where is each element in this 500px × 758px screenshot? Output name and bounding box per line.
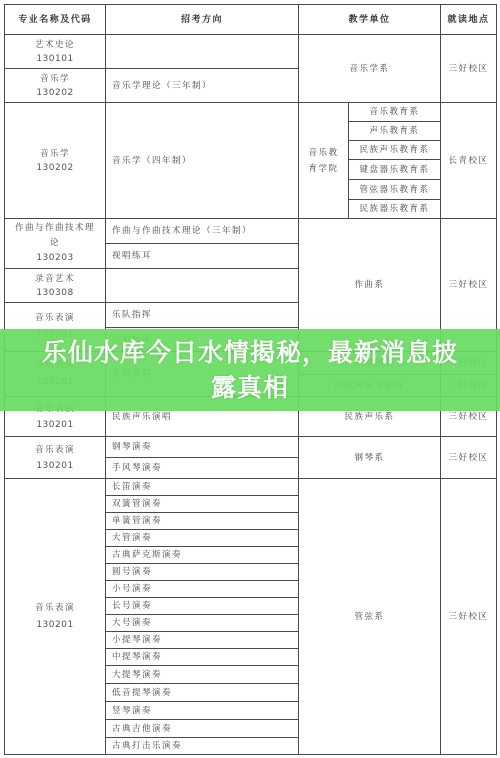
major-code: 130202 — [36, 86, 73, 100]
major-name: 音乐表演 — [35, 310, 75, 327]
direction-cell: 圆号演奏 — [105, 563, 299, 581]
major-cell: 音乐表演130201 — [4, 436, 106, 479]
direction-cell: 手风琴演奏 — [105, 457, 299, 479]
sub-unit-cell: 民族声乐教育系 — [348, 140, 441, 160]
major-cell: 音乐学130202 — [4, 68, 106, 103]
direction-cell: 古典打击乐演奏 — [105, 737, 299, 755]
major-name: 音乐表演 — [35, 600, 75, 617]
sub-unit-cell: 音乐教育系 — [348, 102, 441, 122]
header-campus: 就读地点 — [440, 4, 497, 35]
major-cell: 录音艺术130308 — [4, 268, 106, 303]
direction-cell: 钢琴演奏 — [105, 436, 299, 458]
direction-cell — [105, 268, 299, 303]
sub-unit-cell: 键盘器乐教育系 — [348, 159, 441, 180]
direction-cell: 乐队指挥 — [105, 302, 299, 328]
major-code: 130308 — [36, 286, 73, 300]
unit-cell: 音乐教育学院 — [298, 102, 349, 219]
direction-cell — [105, 34, 299, 69]
major-code: 130201 — [36, 458, 73, 474]
major-code: 130201 — [36, 617, 73, 634]
direction-cell: 长号演奏 — [105, 597, 299, 615]
major-code: 130201 — [36, 417, 73, 433]
direction-cell: 双簧管演奏 — [105, 495, 299, 513]
direction-cell: 中提琴演奏 — [105, 648, 299, 666]
direction-cell: 竖琴演奏 — [105, 701, 299, 720]
major-cell: 作曲与作曲技术理论130203 — [4, 218, 106, 269]
major-cell: 音乐学130202 — [4, 102, 106, 219]
major-name: 作曲与作曲技术理论 — [15, 221, 95, 251]
unit-cell: 管弦系 — [298, 478, 441, 755]
campus-cell: 长青校区 — [440, 102, 497, 219]
major-code: 130101 — [36, 52, 73, 66]
direction-cell: 小号演奏 — [105, 580, 299, 598]
direction-cell: 作曲与作曲技术理论（三年制） — [105, 218, 299, 244]
direction-cell: 低音提琴演奏 — [105, 683, 299, 702]
campus-cell: 三好校区 — [440, 34, 497, 103]
headline-banner: 乐仙水库今日水情揭秘，最新消息披露真相 — [0, 329, 500, 411]
direction-cell: 音乐学理论（三年制） — [105, 68, 299, 103]
direction-cell: 大管演奏 — [105, 529, 299, 547]
direction-cell: 单簧管演奏 — [105, 512, 299, 530]
direction-cell: 古典吉他演奏 — [105, 719, 299, 738]
major-name: 录音艺术 — [35, 272, 75, 286]
major-name: 艺术史论 — [35, 38, 75, 52]
direction-cell: 大号演奏 — [105, 614, 299, 632]
major-code: 130202 — [36, 161, 73, 175]
direction-cell: 古典萨克斯演奏 — [105, 546, 299, 564]
direction-cell: 视唱练耳 — [105, 243, 299, 269]
direction-cell: 大提琴演奏 — [105, 665, 299, 684]
major-name: 音乐学 — [40, 147, 70, 161]
unit-cell: 钢琴系 — [298, 436, 441, 479]
major-cell: 音乐表演130201 — [4, 478, 106, 755]
header-unit: 教学单位 — [298, 4, 441, 35]
direction-cell: 音乐学（四年制） — [105, 102, 299, 219]
campus-cell: 三好校区 — [440, 436, 497, 479]
sub-unit-cell: 声乐教育系 — [348, 121, 441, 141]
major-cell: 艺术史论130101 — [4, 34, 106, 69]
header-major: 专业名称及代码 — [4, 4, 106, 35]
unit-cell: 音乐学系 — [298, 34, 441, 103]
sub-unit-cell: 管弦器乐教育系 — [348, 179, 441, 200]
headline-title: 乐仙水库今日水情揭秘，最新消息披露真相 — [40, 335, 460, 405]
major-name: 音乐学 — [40, 72, 70, 86]
major-name: 音乐表演 — [35, 442, 75, 458]
campus-cell: 三好校区 — [440, 478, 497, 755]
direction-cell: 小提琴演奏 — [105, 631, 299, 649]
major-code: 130203 — [36, 251, 73, 266]
header-direction: 招考方向 — [105, 4, 299, 35]
direction-cell: 长笛演奏 — [105, 478, 299, 496]
sub-unit-cell: 民族器乐教育系 — [348, 199, 441, 219]
